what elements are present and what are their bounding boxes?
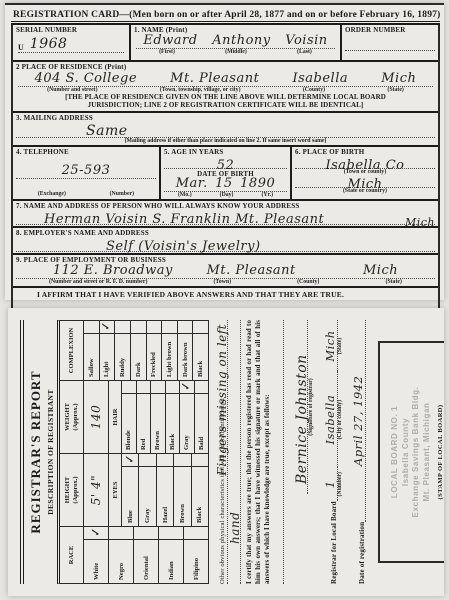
employment-street: 112 E. Broadway <box>53 263 173 278</box>
local-board-line: Registrar for Local Board 1 (Number) Isa… <box>319 320 338 584</box>
description-of-registrant-label: DESCRIPTION OF REGISTRANT <box>44 320 57 584</box>
complexion-check-cell <box>193 321 208 334</box>
name-line: Edward Anthony Voisin <box>136 34 335 49</box>
complexion-rows: Sallow Light✓ Ruddy Dark Freckled Light … <box>84 321 208 380</box>
stamp-line-3: Exchange Savings Bank Bldg. <box>411 387 422 518</box>
complexion-option-dark: Dark <box>131 321 147 380</box>
stamp-line-1: LOCAL BOARD NO. 1 <box>390 406 401 498</box>
name-cell: 1. NAME (Print) Edward Anthony Voisin (F… <box>131 25 342 60</box>
board-city-value: Isabella <box>323 395 337 445</box>
eyes-option-blue: Blue✓ <box>122 454 139 526</box>
complexion-check-cell <box>131 321 146 334</box>
telephone-sub-exchange: (Exchange) <box>38 191 66 197</box>
hair-check-cell <box>166 381 180 394</box>
eyes-option-black: Black <box>192 454 208 526</box>
race-check-cell: ✓ <box>84 527 108 540</box>
registrar-signature: Bernice Johnston <box>294 354 310 484</box>
complexion-option-freckled: Freckled <box>147 321 163 380</box>
telephone-sublabels: (Exchange) (Number) <box>16 191 156 197</box>
checkmark: ✓ <box>101 322 114 332</box>
employer-section: 8. EMPLOYER'S NAME AND ADDRESS Self (Voi… <box>13 228 438 255</box>
board-note-line1: [THE PLACE OF RESIDENCE GIVEN ON THE LIN… <box>16 93 435 101</box>
registrar-certification: I certify that my answers are true; that… <box>246 320 273 584</box>
dob-year: 1890 <box>240 176 275 191</box>
hair-check-cell: ✓ <box>180 381 194 394</box>
row-serial-name-order: SERIAL NUMBER U 1968 1. NAME (Print) Edw… <box>13 25 438 62</box>
race-check-cell <box>109 527 133 540</box>
complexion-check-cell <box>162 321 177 334</box>
employment-sub-town: (Town) <box>214 279 232 285</box>
contact-label: 7. NAME AND ADDRESS OF PERSON WHO WILL A… <box>16 202 435 210</box>
other-characteristics-value: Fingers missing on left <box>215 324 229 475</box>
dob-sublabels: (Mo.) (Day) (Yr.) <box>164 192 287 198</box>
board-state-value: Mich <box>323 330 337 361</box>
name-sub-last: (Last) <box>297 49 312 55</box>
hair-check-cell <box>151 381 165 394</box>
blank-dotted-line <box>273 320 284 584</box>
residence-street: 404 S. College <box>35 71 137 86</box>
board-note-line2: JURISDICTION; LINE 2 OF REGISTRATION CER… <box>16 101 435 109</box>
employment-sub-county: (County) <box>297 279 319 285</box>
complexion-check-cell <box>84 321 99 334</box>
birthplace-town-line: Isabella Co <box>295 156 435 169</box>
telephone-value: 25-593 <box>62 163 111 178</box>
board-number-value: 1 <box>323 480 337 488</box>
race-option-filipino: Filipino <box>184 527 208 583</box>
checkmark: ✓ <box>124 455 137 465</box>
registrar-signature-line: Bernice Johnston <box>292 320 308 494</box>
race-option-negro: Negro <box>109 527 134 583</box>
order-number-label: ORDER NUMBER <box>345 26 435 34</box>
complexion-option-light: Light✓ <box>100 321 116 380</box>
employment-sub-state: (State) <box>385 279 401 285</box>
employment-section: 9. PLACE OF EMPLOYMENT OR BUSINESS 112 E… <box>13 255 438 288</box>
affirm-statement: I AFFIRM THAT I HAVE VERIFIED ABOVE ANSW… <box>13 288 438 299</box>
employer-label: 8. EMPLOYER'S NAME AND ADDRESS <box>16 229 435 237</box>
registration-card-back: REGISTRAR'S REPORT DESCRIPTION OF REGIST… <box>8 308 444 596</box>
employer-line: Self (Voisin's Jewelry) <box>16 237 435 252</box>
hair-option-red: Red <box>137 381 152 453</box>
serial-prefix: U <box>18 43 24 52</box>
residence-section: 2 PLACE OF RESIDENCE (Print) 404 S. Coll… <box>13 62 438 113</box>
board-number-sublabel: (Number) <box>337 467 343 501</box>
board-state-segment: Mich (State) <box>319 320 338 372</box>
complexion-option-sallow: Sallow <box>84 321 100 380</box>
residence-sub-state: (State) <box>387 87 403 93</box>
eyes-check-cell <box>157 454 173 467</box>
residence-state: Mich <box>381 71 416 86</box>
race-option-indian: Indian <box>159 527 184 583</box>
residence-county: Isabella <box>292 71 348 86</box>
telephone-line: 25-593 <box>16 161 156 179</box>
complexion-option-black: Black <box>193 321 208 380</box>
employment-sub-street: (Number and street or R. F. D. number) <box>49 279 147 285</box>
race-check-cell <box>134 527 158 540</box>
race-rows: White✓ Negro Oriental Indian Filipino <box>84 527 208 583</box>
eyes-option-hazel: Hazel <box>157 454 174 526</box>
stamp-line-2: Isabella County <box>401 418 412 486</box>
height-value-cell: 5' 4" <box>84 454 109 526</box>
hair-check-cell <box>122 381 136 394</box>
telephone-sub-number: (Number) <box>110 191 134 197</box>
name-first: Edward <box>143 33 197 48</box>
board-number-segment: 1 (Number) <box>319 467 338 501</box>
complexion-check-cell: ✓ <box>100 321 115 334</box>
checkmark: ✓ <box>90 528 103 538</box>
birthplace-sub-state: (State or country) <box>295 188 435 194</box>
description-table: RACE White✓ Negro Oriental Indian Filipi… <box>57 320 209 584</box>
front-form-box: SERIAL NUMBER U 1968 1. NAME (Print) Edw… <box>11 25 440 339</box>
telephone-cell: 4. TELEPHONE 25-593 (Exchange) (Number) <box>13 147 161 199</box>
board-state-sublabel: (State) <box>337 320 343 372</box>
complexion-header: COMPLEXION <box>60 321 84 380</box>
registration-card-front: REGISTRATION CARD—(Men born on or after … <box>5 3 444 300</box>
weight-value: 140 <box>89 405 103 429</box>
other-characteristics-line2: hand <box>228 320 241 584</box>
eyes-check-cell <box>139 454 155 467</box>
age-cell: 5. AGE IN YEARS 52 DATE OF BIRTH Mar. 15… <box>161 147 292 199</box>
race-check-cell <box>159 527 183 540</box>
height-header: HEIGHT (Approx.) <box>60 454 84 526</box>
complexion-check-cell <box>147 321 162 334</box>
race-check-cell <box>184 527 208 540</box>
contact-section: 7. NAME AND ADDRESS OF PERSON WHO WILL A… <box>13 201 438 228</box>
dob-sub-day: (Day) <box>220 192 234 198</box>
registration-card-scan: { "front": { "title": "REGISTRATION CARD… <box>0 0 449 600</box>
hair-check-cell <box>137 381 151 394</box>
card-title: REGISTRATION CARD—(Men born on or after … <box>11 8 440 21</box>
board-city-sublabel: (City or county) <box>337 372 343 467</box>
stamp-caption: (STAMP OF LOCAL BOARD) <box>437 405 444 500</box>
dob-month: Mar. <box>176 176 208 191</box>
local-board-stamp-box: LOCAL BOARD NO. 1 Isabella County Exchan… <box>378 341 444 563</box>
complexion-check-cell <box>178 321 193 334</box>
registrars-report-title: REGISTRAR'S REPORT <box>20 320 44 584</box>
employment-state: Mich <box>363 263 398 278</box>
name-sublabels: (First) (Middle) (Last) <box>134 49 337 55</box>
name-last: Voisin <box>285 33 327 48</box>
mailing-section: 3. MAILING ADDRESS Same [Mailing address… <box>13 113 438 147</box>
mailing-value: Same <box>86 123 128 139</box>
eyes-header: EYES <box>109 454 122 526</box>
board-city-segment: Isabella (City or county) <box>319 372 338 467</box>
eyes-option-brown: Brown <box>174 454 191 526</box>
eyes-rows: Blue✓ Gray Hazel Brown Black <box>122 454 208 526</box>
hair-option-gray: Gray✓ <box>180 381 195 453</box>
name-middle: Anthony <box>212 33 270 48</box>
birthplace-label: 6. PLACE OF BIRTH <box>295 148 435 156</box>
other-characteristics: Other obvious physical characteristics t… <box>214 320 228 584</box>
serial-number-line: U 1968 <box>18 34 124 53</box>
eyes-check-cell: ✓ <box>122 454 138 467</box>
residence-label: 2 PLACE OF RESIDENCE (Print) <box>16 63 435 71</box>
race-header: RACE <box>60 527 84 583</box>
registration-date-value: April 27, 1942 <box>351 376 365 466</box>
contact-line: Herman Voisin S. Franklin Mt. Pleasant M… <box>16 210 435 225</box>
dob-day: 15 <box>215 176 233 191</box>
order-number-line <box>345 34 435 51</box>
eyes-check-cell <box>192 454 208 467</box>
hair-option-blonde: Blonde <box>122 381 137 453</box>
local-board-label: Registrar for Local Board <box>330 501 338 584</box>
birthplace-cell: 6. PLACE OF BIRTH Isabella Co (Town or c… <box>292 147 438 199</box>
dob-line: Mar. 15 1890 <box>164 178 287 192</box>
serial-number-cell: SERIAL NUMBER U 1968 <box>13 25 131 60</box>
height-value: 5' 4" <box>89 475 103 505</box>
name-sub-middle: (Middle) <box>225 49 247 55</box>
registration-date-segment: April 27, 1942 <box>347 320 366 522</box>
hair-check-cell <box>195 381 209 394</box>
hair-option-black: Black <box>166 381 181 453</box>
registrars-report: REGISTRAR'S REPORT DESCRIPTION OF REGIST… <box>8 308 444 596</box>
dob-sub-year: (Yr.) <box>261 192 273 198</box>
name-sub-first: (First) <box>159 49 175 55</box>
eyes-check-cell <box>174 454 190 467</box>
complexion-check-cell <box>115 321 130 334</box>
serial-number-value: 1968 <box>30 36 68 52</box>
age-line: 52 <box>164 156 287 169</box>
height-eyes-column: HEIGHT (Approx.) 5' 4" EYES Blue✓ Gray H… <box>60 454 208 527</box>
complexion-option-dark-brown: Dark brown <box>178 321 194 380</box>
weight-value-cell: 140 <box>84 381 109 453</box>
hair-rows: Blonde Red Brown Black Gray✓ Bald <box>122 381 208 453</box>
hair-option-brown: Brown <box>151 381 166 453</box>
mailing-note: [Mailing address if other than place ind… <box>16 138 435 144</box>
race-option-white: White✓ <box>84 527 109 583</box>
race-column: RACE White✓ Negro Oriental Indian Filipi… <box>60 527 208 583</box>
dob-sub-month: (Mo.) <box>178 192 192 198</box>
weight-hair-column: WEIGHT (Approx.) 140 HAIR Blonde Red Bro… <box>60 381 208 454</box>
other-characteristics-value2: hand <box>228 512 242 544</box>
complexion-option-light-brown: Light brown <box>162 321 178 380</box>
complexion-option-ruddy: Ruddy <box>115 321 131 380</box>
hair-option-bald: Bald <box>195 381 209 453</box>
serial-number-label: SERIAL NUMBER <box>16 26 126 34</box>
race-option-oriental: Oriental <box>134 527 159 583</box>
contact-value: Herman Voisin S. Franklin Mt. Pleasant <box>44 212 324 227</box>
mailing-line: Same <box>16 122 435 138</box>
complexion-column: COMPLEXION Sallow Light✓ Ruddy Dark Frec… <box>60 321 208 381</box>
mailing-label: 3. MAILING ADDRESS <box>16 114 435 122</box>
eyes-option-gray: Gray <box>139 454 156 526</box>
registrar-signature-block: Bernice Johnston (Signature of registrar… <box>292 320 314 494</box>
residence-town: Mt. Pleasant <box>170 71 259 86</box>
residence-line: 404 S. College Mt. Pleasant Isabella Mic… <box>18 71 433 87</box>
telephone-label: 4. TELEPHONE <box>16 148 156 156</box>
weight-header: WEIGHT (Approx.) <box>60 381 84 453</box>
registration-date-line: Date of registration April 27, 1942 <box>347 320 366 584</box>
stamp-line-4: Mt. Pleasant, Michigan <box>422 403 433 502</box>
row-tel-age-birth: 4. TELEPHONE 25-593 (Exchange) (Number) … <box>13 147 438 201</box>
employer-value: Self (Voisin's Jewelry) <box>106 239 261 254</box>
birthplace-state-line: Mich <box>295 175 435 188</box>
order-number-cell: ORDER NUMBER <box>342 25 438 60</box>
employment-town: Mt. Pleasant <box>207 263 296 278</box>
employment-line: 112 E. Broadway Mt. Pleasant Mich <box>16 264 435 279</box>
employment-sublabels: (Number and street or R. F. D. number) (… <box>16 279 435 285</box>
age-label: 5. AGE IN YEARS <box>164 148 287 156</box>
hair-header: HAIR <box>109 381 122 453</box>
checkmark: ✓ <box>180 382 193 392</box>
registration-date-label: Date of registration <box>358 522 366 584</box>
